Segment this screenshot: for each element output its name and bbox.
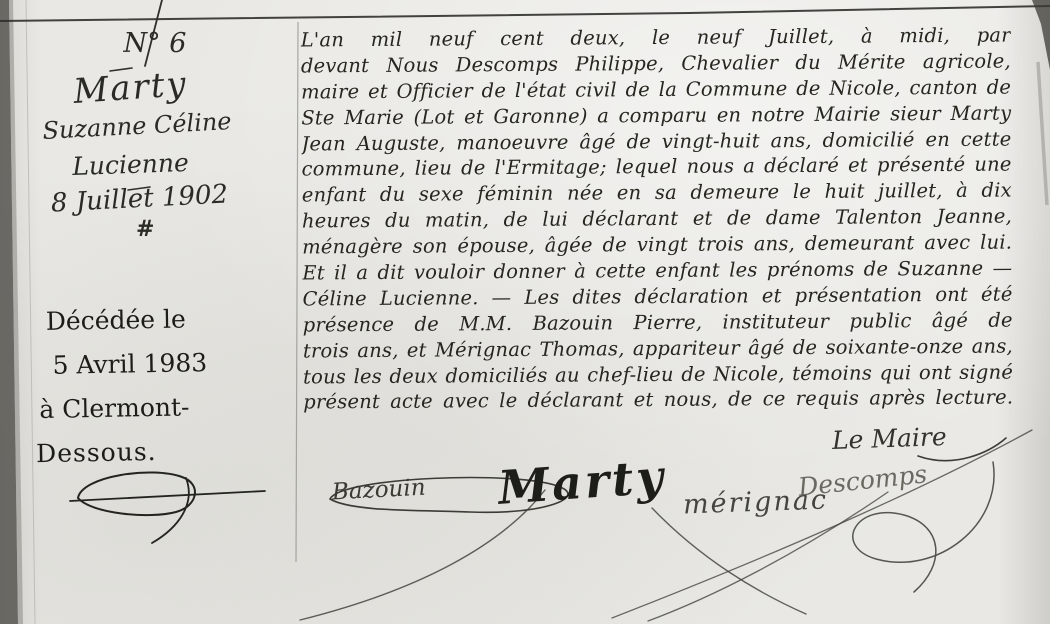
death-annotation-line: Dessous. bbox=[36, 428, 277, 476]
register-page-scan: N° 6 Marty Suzanne Céline Lucienne 8 Jui… bbox=[0, 0, 1050, 624]
signature-descomps: Descomps bbox=[797, 459, 929, 501]
act-number: N° 6 bbox=[100, 28, 210, 59]
closing-le-maire: Le Maire bbox=[832, 422, 948, 455]
margin-given-names-2: Lucienne bbox=[28, 146, 234, 182]
binding-edge bbox=[0, 0, 35, 624]
death-annotation-line: à Clermont- bbox=[39, 384, 276, 432]
margin-reference-mark: # bbox=[136, 216, 154, 242]
death-annotation-line: 5 Avril 1983 bbox=[52, 340, 275, 388]
signature-marty: Marty bbox=[496, 449, 667, 515]
act-body-text: L'an mil neuf cent deux, le neuf Juillet… bbox=[301, 24, 1014, 417]
signature-bazouin: Bazouin bbox=[331, 475, 426, 506]
margin-surname: Marty bbox=[37, 62, 224, 115]
death-annotation-line: Décédée le bbox=[45, 296, 274, 344]
margin-act-date: 8 Juillet 1902 bbox=[1, 177, 277, 221]
margin-paraph bbox=[70, 473, 265, 543]
margin-death-annotation: Décédée le 5 Avril 1983 à Clermont- Dess… bbox=[33, 296, 276, 476]
act-line: présent acte avec le déclarant et nous, … bbox=[303, 386, 1013, 417]
page-corner-shadow bbox=[1032, 0, 1050, 205]
